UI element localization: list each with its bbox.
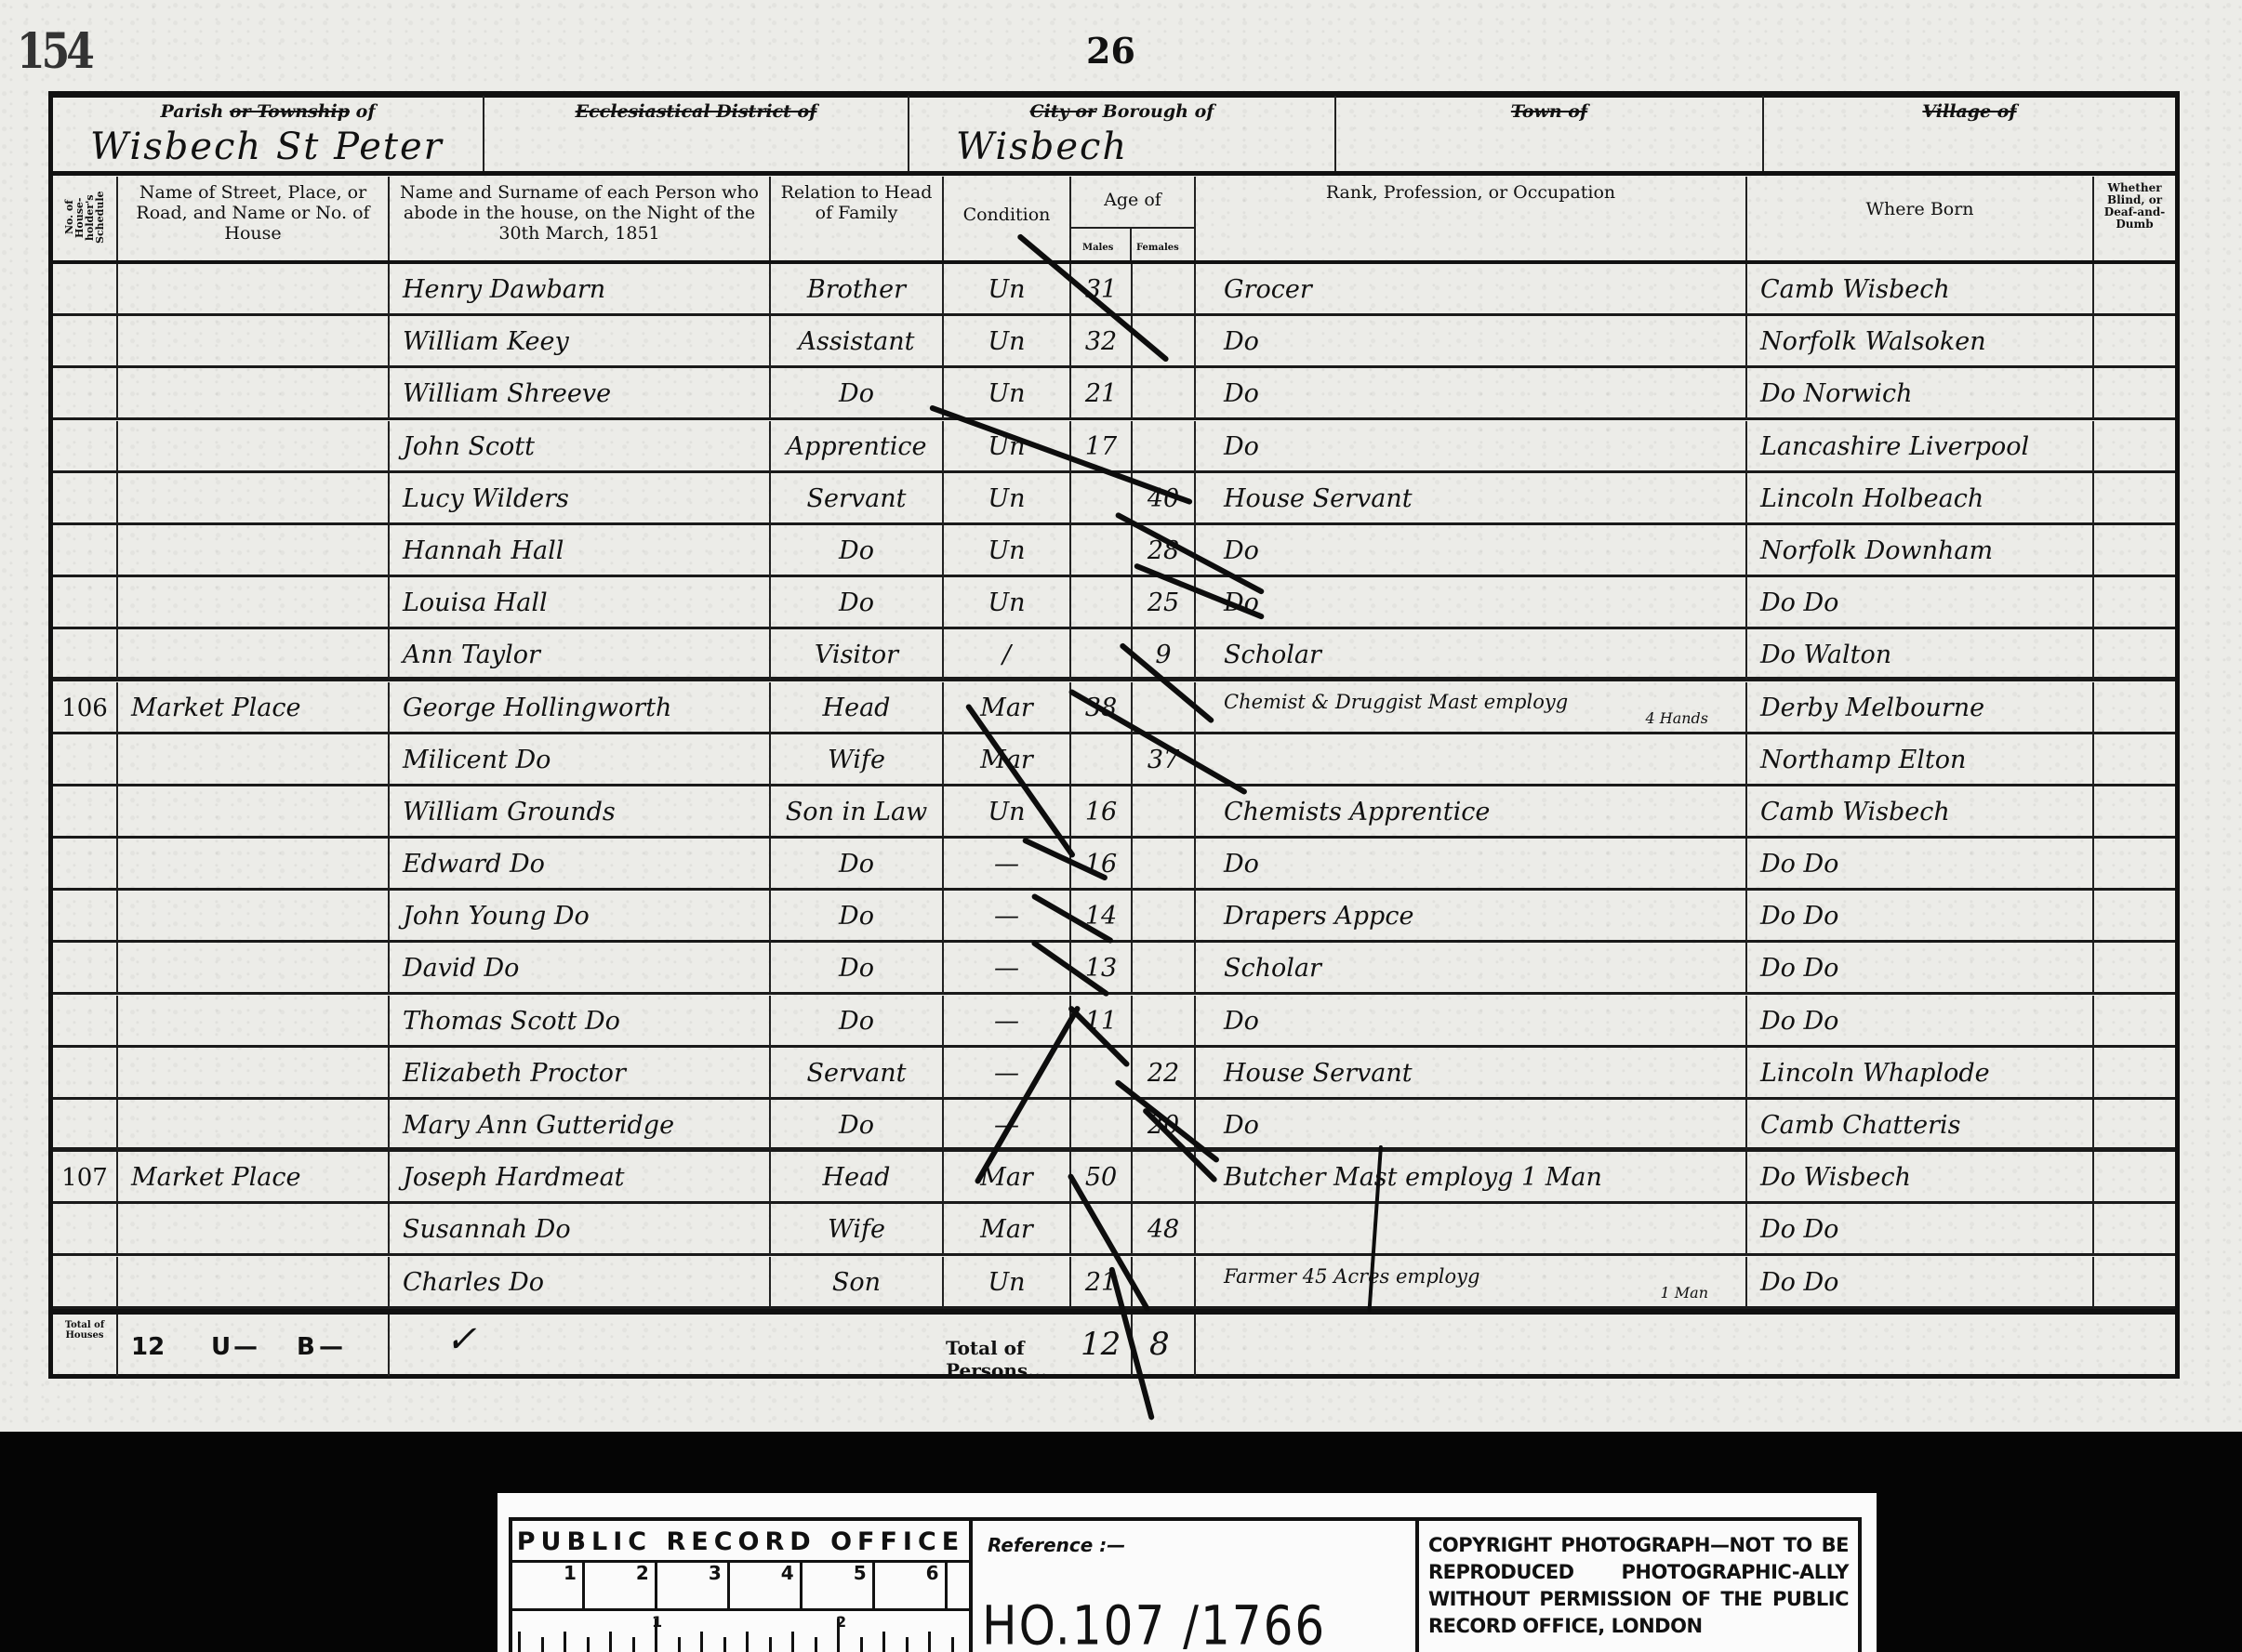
cell-schedule (53, 786, 118, 839)
col-where-born: Where Born (1747, 177, 2094, 262)
cell-condition: Un (944, 577, 1071, 629)
name-value: Susannah Do (403, 1215, 571, 1244)
table-row: John ScottApprenticeUn17DoLancashire Liv… (53, 421, 2175, 473)
cell-blind (2094, 368, 2175, 420)
occupation-value: Do (1224, 1111, 1259, 1140)
table-row: Louisa HallDoUn25DoDo Do (53, 577, 2175, 629)
cell-relation: Do (771, 1100, 944, 1152)
table-row: Milicent DoWifeMar37Northamp Elton (53, 734, 2175, 786)
occupation-value: Do (1224, 379, 1259, 408)
cell-occupation: Do (1196, 525, 1747, 577)
born-value: Camb Wisbech (1760, 798, 1950, 826)
cell-name: John Young Do (390, 891, 771, 943)
born-value: Norfolk Downham (1760, 536, 1993, 565)
ruler-tick (518, 1632, 521, 1652)
cell-condition: Un (944, 421, 1071, 473)
condition-value: / (1002, 641, 1011, 669)
uninhabited-value: — (233, 1333, 258, 1361)
cell-blind (2094, 839, 2175, 891)
cell-name: William Keey (390, 316, 771, 368)
scale-cell: 4 (730, 1562, 803, 1608)
cell-blind (2094, 682, 2175, 734)
locality-header: Parish or Township of Wisbech St Peter E… (53, 96, 2175, 172)
cell-occupation: Butcher Mast employg 1 Man (1196, 1152, 1747, 1204)
condition-value: Mar (980, 694, 1033, 722)
col-age: Age of Males Females (1071, 177, 1196, 262)
condition-value: Un (988, 798, 1025, 826)
occupation-value: Drapers Appce (1224, 902, 1413, 931)
col-condition: Condition (944, 177, 1071, 262)
scale-row: 123456 (512, 1562, 969, 1611)
scale-cell: 5 (803, 1562, 875, 1608)
town-cell: Town of (1336, 96, 1764, 172)
table-row: William ShreeveDoUn21DoDo Norwich (53, 368, 2175, 420)
occupation-value: Chemist & Druggist Mast employg (1224, 691, 1568, 713)
cell-street (118, 577, 390, 629)
cell-street (118, 421, 390, 473)
condition-value: — (994, 1007, 1019, 1036)
cell-schedule (53, 839, 118, 891)
borough-label: City or Borough of (909, 101, 1334, 122)
occupation-value: Farmer 45 Acres employg (1224, 1265, 1479, 1288)
born-value: Do Do (1760, 1215, 1838, 1244)
reference-label: Reference :— (988, 1534, 1125, 1556)
ruler-tick (815, 1637, 817, 1652)
occupation-value: Scholar (1224, 641, 1321, 669)
census-rows: Henry DawbarnBrotherUn31GrocerCamb Wisbe… (53, 264, 2175, 1309)
cell-occupation: Do (1196, 839, 1747, 891)
age-m-value: 31 (1085, 275, 1117, 304)
cell-name: Elizabeth Proctor (390, 1048, 771, 1100)
col-relation: Relation to Head of Family (771, 177, 944, 262)
total-houses-label: Total of Houses (53, 1315, 118, 1376)
occupation-value: House Servant (1224, 484, 1413, 513)
name-value: Edward Do (403, 850, 545, 879)
cell-street (118, 839, 390, 891)
condition-value: Un (988, 327, 1025, 356)
cell-born: Do Norwich (1747, 368, 2094, 420)
name-value: Thomas Scott Do (403, 1007, 620, 1036)
parish-value: Wisbech St Peter (90, 126, 444, 168)
cell-relation: Head (771, 682, 944, 734)
cell-born: Lincoln Holbeach (1747, 473, 2094, 525)
occupation-sub-value: 4 Hands (1645, 710, 1708, 727)
scale-cell: 3 (657, 1562, 730, 1608)
cell-schedule (53, 1204, 118, 1256)
cell-name: William Grounds (390, 786, 771, 839)
ruler-tick (587, 1637, 590, 1652)
cell-condition: — (944, 996, 1071, 1048)
cell-name: Henry Dawbarn (390, 264, 771, 316)
cell-relation: Wife (771, 1204, 944, 1256)
cell-street: Market Place (118, 1152, 390, 1204)
cell-street (118, 1257, 390, 1309)
born-value: Do Do (1760, 954, 1838, 983)
age-f-value: 22 (1148, 1059, 1179, 1088)
cell-name: Mary Ann Gutteridge (390, 1100, 771, 1152)
scale-cell: 6 (875, 1562, 948, 1608)
total-females: 8 (1149, 1326, 1170, 1363)
table-row: Ann TaylorVisitor/9ScholarDo Walton (53, 629, 2175, 681)
borough-value: Wisbech (956, 126, 1128, 168)
cell-street (118, 996, 390, 1048)
born-value: Lancashire Liverpool (1760, 432, 2029, 461)
cell-born: Do Do (1747, 943, 2094, 995)
relation-value: Do (839, 954, 874, 983)
born-value: Northamp Elton (1760, 746, 1966, 774)
cell-schedule (53, 368, 118, 420)
relation-value: Assistant (799, 327, 915, 356)
cell-age-m (1071, 1048, 1133, 1100)
uninhabited-label: U (211, 1333, 231, 1361)
cell-relation: Head (771, 1152, 944, 1204)
cell-schedule (53, 943, 118, 995)
name-value: Mary Ann Gutteridge (403, 1111, 674, 1140)
cell-schedule (53, 264, 118, 316)
cell-street (118, 629, 390, 681)
ruler-tick (882, 1632, 885, 1652)
cell-schedule (53, 577, 118, 629)
ruler-label: 1 (652, 1613, 662, 1631)
cell-born: Norfolk Walsoken (1747, 316, 2094, 368)
borough-cell: City or Borough of Wisbech (909, 96, 1336, 172)
town-label: Town of (1336, 101, 1762, 122)
occupation-value: Chemists Apprentice (1224, 798, 1490, 826)
name-value: Joseph Hardmeat (403, 1163, 625, 1192)
totals-row: Total of Houses 12 U — B — ✓ Total of Pe… (53, 1309, 2175, 1376)
cell-condition: Un (944, 368, 1071, 420)
name-value: Lucy Wilders (403, 484, 569, 513)
cell-relation: Servant (771, 1048, 944, 1100)
cell-occupation: Scholar (1196, 943, 1747, 995)
cell-born: Northamp Elton (1747, 734, 2094, 786)
occupation-value: Do (1224, 327, 1259, 356)
cell-condition: — (944, 943, 1071, 995)
cell-schedule (53, 996, 118, 1048)
cell-occupation: House Servant (1196, 473, 1747, 525)
cell-born: Do Wisbech (1747, 1152, 2094, 1204)
cell-schedule: 106 (53, 682, 118, 734)
cell-street (118, 786, 390, 839)
table-row: William KeeyAssistantUn32DoNorfolk Walso… (53, 316, 2175, 368)
cell-occupation: Chemists Apprentice (1196, 786, 1747, 839)
cell-blind (2094, 1100, 2175, 1152)
cell-age-f (1133, 839, 1196, 891)
name-value: Milicent Do (403, 746, 551, 774)
relation-value: Do (839, 1111, 874, 1140)
pro-title: PUBLIC RECORD OFFICE (512, 1525, 969, 1563)
col-schedule: No. of House-holder's Schedule (53, 177, 118, 262)
relation-value: Brother (807, 275, 906, 304)
name-value: Ann Taylor (403, 641, 540, 669)
table-row: Mary Ann GutteridgeDo—20DoCamb Chatteris (53, 1100, 2175, 1152)
condition-value: Un (988, 379, 1025, 408)
cell-name: George Hollingworth (390, 682, 771, 734)
occupation-value: Scholar (1224, 954, 1321, 983)
ruler-tick (678, 1637, 681, 1652)
cell-schedule (53, 1257, 118, 1309)
cell-street (118, 1048, 390, 1100)
cell-age-f (1133, 368, 1196, 420)
age-f-value: 25 (1148, 588, 1179, 617)
cell-name: Charles Do (390, 1257, 771, 1309)
condition-value: Un (988, 588, 1025, 617)
cell-name: Ann Taylor (390, 629, 771, 681)
born-value: Do Do (1760, 1007, 1838, 1036)
relation-value: Son (832, 1268, 881, 1297)
occupation-value: Do (1224, 1007, 1259, 1036)
check-mark-icon: ✓ (445, 1318, 477, 1361)
relation-value: Wife (828, 1215, 885, 1244)
age-subheaders: Males Females (1071, 227, 1194, 262)
age-m-value: 21 (1085, 379, 1117, 408)
relation-value: Head (823, 694, 891, 722)
born-value: Do Wisbech (1760, 1163, 1911, 1192)
occupation-value: Do (1224, 536, 1259, 565)
cell-name: Lucy Wilders (390, 473, 771, 525)
pro-box: PUBLIC RECORD OFFICE 123456 12 (512, 1521, 973, 1652)
table-row: William GroundsSon in LawUn16Chemists Ap… (53, 786, 2175, 839)
occupation-value: House Servant (1224, 1059, 1413, 1088)
total-males: 12 (1081, 1326, 1121, 1363)
cell-name: Susannah Do (390, 1204, 771, 1256)
cell-born: Camb Chatteris (1747, 1100, 2094, 1152)
cell-schedule (53, 891, 118, 943)
cell-schedule (53, 525, 118, 577)
col-occupation: Rank, Profession, or Occupation (1196, 177, 1747, 262)
street-value: Market Place (131, 1163, 300, 1192)
cell-relation: Do (771, 839, 944, 891)
table-row: John Young DoDo—14Drapers AppceDo Do (53, 891, 2175, 943)
cell-relation: Son in Law (771, 786, 944, 839)
table-row: 106Market PlaceGeorge HollingworthHeadMa… (53, 682, 2175, 734)
cell-condition: — (944, 839, 1071, 891)
ecclesiastical-cell: Ecclesiastical District of (484, 96, 909, 172)
cell-relation: Do (771, 943, 944, 995)
cell-occupation: Drapers Appce (1196, 891, 1747, 943)
cell-age-f (1133, 786, 1196, 839)
relation-value: Do (839, 588, 874, 617)
occupation-value: Do (1224, 850, 1259, 879)
col-schedule-label: No. of House-holder's Schedule (64, 180, 105, 255)
cell-schedule (53, 1100, 118, 1152)
cell-street (118, 473, 390, 525)
ruler-tick (791, 1632, 794, 1652)
cell-blind (2094, 1152, 2175, 1204)
born-value: Camb Chatteris (1760, 1111, 1960, 1140)
condition-value: Un (988, 484, 1025, 513)
cell-occupation: Scholar (1196, 629, 1747, 681)
cell-name: Hannah Hall (390, 525, 771, 577)
cell-name: William Shreeve (390, 368, 771, 420)
cell-blind (2094, 996, 2175, 1048)
cell-blind (2094, 786, 2175, 839)
cell-name: Joseph Hardmeat (390, 1152, 771, 1204)
col-street: Name of Street, Place, or Road, and Name… (118, 177, 390, 262)
cell-occupation: House Servant (1196, 1048, 1747, 1100)
relation-value: Servant (807, 1059, 907, 1088)
relation-value: Son in Law (786, 798, 927, 826)
cell-street (118, 525, 390, 577)
cell-street: Market Place (118, 682, 390, 734)
cell-born: Lancashire Liverpool (1747, 421, 2094, 473)
cell-blind (2094, 734, 2175, 786)
persons-total-area: ✓ Total of Persons... (390, 1315, 1071, 1376)
cell-name: Edward Do (390, 839, 771, 891)
born-value: Do Do (1760, 1268, 1838, 1297)
cell-age-f: 48 (1133, 1204, 1196, 1256)
cell-occupation: Do (1196, 316, 1747, 368)
pro-stamp: PUBLIC RECORD OFFICE 123456 12 Reference… (497, 1493, 1877, 1652)
ruler-tick (632, 1637, 635, 1652)
header-rule (53, 171, 2175, 176)
ruler-tick (723, 1637, 726, 1652)
relation-value: Wife (828, 746, 885, 774)
cell-street (118, 1204, 390, 1256)
page-number: 26 (1086, 30, 1135, 72)
born-value: Do Do (1760, 588, 1838, 617)
cell-condition: Mar (944, 1204, 1071, 1256)
cell-condition: / (944, 629, 1071, 681)
table-row: Henry DawbarnBrotherUn31GrocerCamb Wisbe… (53, 264, 2175, 316)
cell-condition: Mar (944, 682, 1071, 734)
schedule-value: 107 (61, 1164, 108, 1192)
condition-value: Un (988, 1268, 1025, 1297)
cell-blind (2094, 1257, 2175, 1309)
parish-label: Parish or Township of (53, 101, 483, 122)
cell-relation: Do (771, 577, 944, 629)
cell-age-m: 21 (1071, 368, 1133, 420)
age-f-value: 48 (1148, 1215, 1179, 1244)
table-row: David DoDo—13ScholarDo Do (53, 943, 2175, 995)
schedule-value: 106 (61, 694, 108, 722)
name-value: William Grounds (403, 798, 616, 826)
occupation-value: Butcher Mast employg 1 Man (1224, 1163, 1602, 1192)
cell-condition: — (944, 891, 1071, 943)
condition-value: — (994, 850, 1019, 879)
cell-relation: Do (771, 891, 944, 943)
col-age-label: Age of (1071, 182, 1194, 210)
name-value: Charles Do (403, 1268, 544, 1297)
reference-box: Reference :— HO.107 /1766 (973, 1521, 1419, 1652)
cell-occupation (1196, 1204, 1747, 1256)
cell-condition: Un (944, 316, 1071, 368)
total-persons-label: Total of Persons... (946, 1337, 1071, 1381)
name-value: John Young Do (403, 902, 590, 931)
stamp-frame: PUBLIC RECORD OFFICE 123456 12 Reference… (509, 1517, 1862, 1652)
name-value: Henry Dawbarn (403, 275, 605, 304)
cell-relation: Apprentice (771, 421, 944, 473)
cell-born: Norfolk Downham (1747, 525, 2094, 577)
cell-relation: Do (771, 525, 944, 577)
ruler-tick (928, 1632, 931, 1652)
cell-schedule (53, 316, 118, 368)
cell-age-f (1133, 421, 1196, 473)
name-value: Louisa Hall (403, 588, 548, 617)
relation-value: Do (839, 902, 874, 931)
cell-schedule (53, 473, 118, 525)
cell-blind (2094, 473, 2175, 525)
cell-blind (2094, 943, 2175, 995)
born-value: Do Do (1760, 850, 1838, 879)
cell-age-m (1071, 1100, 1133, 1152)
cell-born: Do Do (1747, 1257, 2094, 1309)
condition-value: Mar (980, 1215, 1033, 1244)
cell-born: Derby Melbourne (1747, 682, 2094, 734)
houses-value: 12 (131, 1333, 165, 1361)
cell-condition: Mar (944, 1152, 1071, 1204)
cell-blind (2094, 891, 2175, 943)
table-row: 107Market PlaceJoseph HardmeatHeadMar50B… (53, 1152, 2175, 1204)
cell-schedule: 107 (53, 1152, 118, 1204)
col-name: Name and Surname of each Person who abod… (390, 177, 771, 262)
name-value: George Hollingworth (403, 694, 671, 722)
cell-age-f (1133, 1152, 1196, 1204)
cell-occupation: Farmer 45 Acres employg1 Man (1196, 1257, 1747, 1309)
cell-name: Thomas Scott Do (390, 996, 771, 1048)
ruler-tick (860, 1637, 863, 1652)
ruler: 12 (512, 1611, 969, 1652)
cell-street (118, 1100, 390, 1152)
relation-value: Do (839, 850, 874, 879)
cell-blind (2094, 264, 2175, 316)
age-m-value: 17 (1085, 432, 1117, 461)
name-value: William Keey (403, 327, 569, 356)
occupation-sub-value: 1 Man (1661, 1285, 1709, 1302)
ruler-tick (609, 1632, 612, 1652)
folio-number: 154 (17, 23, 91, 80)
cell-relation: Servant (771, 473, 944, 525)
cell-age-m (1071, 734, 1133, 786)
occupation-value: Do (1224, 432, 1259, 461)
cell-occupation: Grocer (1196, 264, 1747, 316)
ruler-tick (541, 1637, 544, 1652)
cell-schedule (53, 1048, 118, 1100)
name-value: Elizabeth Proctor (403, 1059, 626, 1088)
name-value: Hannah Hall (403, 536, 564, 565)
table-row: Hannah HallDoUn28DoNorfolk Downham (53, 525, 2175, 577)
col-age-females: Females (1136, 238, 1179, 258)
ecclesiastical-label: Ecclesiastical District of (484, 101, 908, 122)
scale-cell: 2 (585, 1562, 657, 1608)
cell-age-m: 16 (1071, 786, 1133, 839)
cell-blind (2094, 525, 2175, 577)
cell-age-f (1133, 996, 1196, 1048)
village-label: Village of (1764, 101, 2175, 122)
born-value: Camb Wisbech (1760, 275, 1950, 304)
cell-blind (2094, 1204, 2175, 1256)
cell-born: Do Do (1747, 891, 2094, 943)
village-cell: Village of (1764, 96, 2175, 172)
table-row: Thomas Scott DoDo—11DoDo Do (53, 996, 2175, 1048)
cell-schedule (53, 734, 118, 786)
cell-born: Lincoln Whaplode (1747, 1048, 2094, 1100)
cell-age-f (1133, 891, 1196, 943)
ruler-tick (769, 1637, 772, 1652)
table-row: Edward DoDo—16DoDo Do (53, 839, 2175, 891)
name-value: John Scott (403, 432, 535, 461)
cell-street (118, 368, 390, 420)
cell-born: Camb Wisbech (1747, 264, 2094, 316)
born-value: Do Walton (1760, 641, 1891, 669)
cell-name: David Do (390, 943, 771, 995)
cell-born: Do Do (1747, 577, 2094, 629)
cell-occupation: Do (1196, 421, 1747, 473)
condition-value: — (994, 902, 1019, 931)
cell-age-m (1071, 629, 1133, 681)
cell-occupation: Do (1196, 368, 1747, 420)
condition-value: Un (988, 275, 1025, 304)
